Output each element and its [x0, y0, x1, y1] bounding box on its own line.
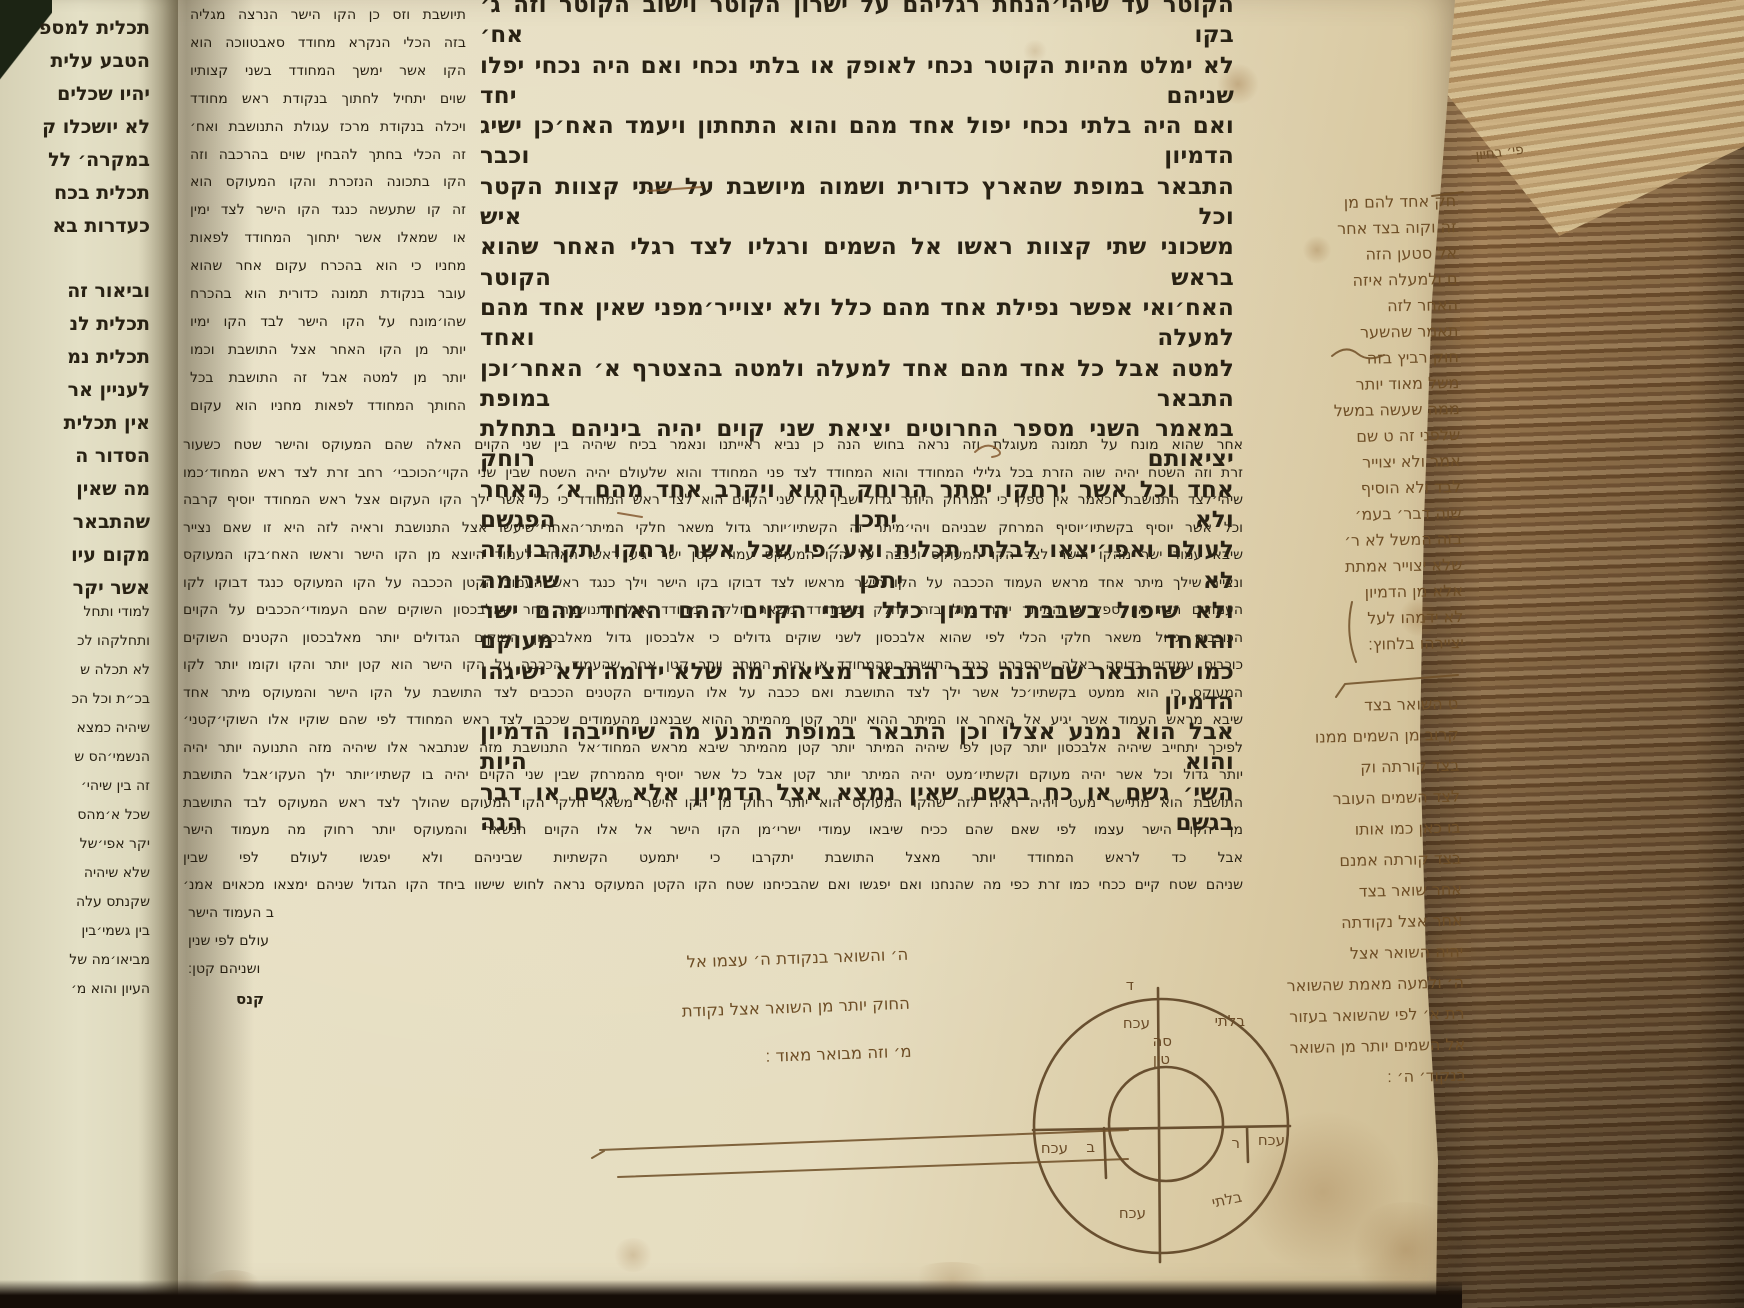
text-line: מקום עיו	[0, 539, 150, 572]
text-line: שלא שיהיה	[0, 859, 150, 888]
commentary-line: זה קו שתעשה כנגד הקו הישר לצד ימין	[190, 197, 466, 225]
commentary-line: וכל אשר יוסיף בקשתיו׳יוסיף המרחק שבניהם …	[183, 515, 1243, 543]
left-page-square-text-2: וביאור זהתכלית לנתכלית נמלעניין אראין תכ…	[0, 275, 150, 605]
diagram-inner-circle	[1109, 1067, 1223, 1181]
text-line: העיון והוא מ׳	[0, 975, 150, 1004]
commentary-line: שיבא עמוד ישר מהקו הישר לצד הקו המעוקס ו…	[183, 542, 1243, 570]
text-line: שקנתס עלה	[0, 888, 150, 917]
manuscript-photo: תכלית למספהטבע עליתיהיו שכליםלא יושכלו ק…	[0, 0, 1744, 1308]
margin-note-line: לצד השמים העובר	[1228, 781, 1461, 817]
margin-note-upper-block: חק אחד להם מןזה וקוה בצד אחראל סטען הזהם…	[1228, 188, 1464, 660]
main-text-line: לא ימלט מהיות הקוטר נכחי לאופק או בלתי נ…	[480, 51, 1234, 112]
margin-note-line: שלפני זה ט שם	[1232, 422, 1460, 452]
text-line: למודי ותחל	[0, 598, 150, 627]
handwritten-note-beside-diagram: ה׳ והשואר בנקודת ה׳ עצמו אלהחוק יותר מן …	[606, 931, 913, 1087]
margin-note-line: בו כאן כמו אותו	[1228, 812, 1461, 848]
margin-note-line: בצד קורתה וק	[1227, 750, 1460, 786]
taper-line: עולם לפי שנין	[188, 927, 322, 955]
commentary-line: התושבת הוא מתיישר מעט ויהיה ראיה לזה שהק…	[183, 790, 1243, 818]
commentary-line: ונצייר שילך מיתר אחד מראש העמוד הככבה על…	[183, 570, 1243, 598]
diagram-label-center-1: סה	[1152, 1032, 1172, 1050]
margin-note-line: חוק רביץ בזה	[1231, 344, 1459, 374]
margin-note-line: קרוב מן השמים ממנו	[1226, 719, 1459, 755]
commentary-line: שיהי׳לצד התנושבת וכאמר אין ספק כי המרחק …	[183, 487, 1243, 515]
commentary-line: לפיכך יתחייב שיהיה אלבכסון יותר קטן לפי …	[183, 735, 1243, 763]
left-page-commentary-text: למודי ותחלותחלקהו לכלא תכלה שבכ״ת וכל הכ…	[0, 598, 150, 1004]
commentary-line: אחר שהוא מונח על תמונה מעוגלת וזה נראה ב…	[183, 432, 1243, 460]
diagram-label-top: עכח	[1123, 1014, 1150, 1032]
diagram-label-top-right: בלתי	[1215, 1012, 1246, 1030]
text-line: לעניין אר	[0, 374, 150, 407]
margin-note-line: שוה דבר׳ בעמ׳	[1233, 500, 1461, 530]
diagram-label-center-2: טין	[1153, 1050, 1170, 1068]
commentary-line: מן הקו הישר עצמו לפי שאם שהם ככיח שיבאו …	[183, 817, 1243, 845]
margin-note-line: שלא יצוייר אמתת	[1234, 552, 1462, 582]
text-line: הנשמי׳הס ש	[0, 743, 150, 772]
diagram-right-tick	[1247, 1127, 1248, 1162]
diagram-left-tick	[1104, 1128, 1106, 1178]
margin-note-line: אמר ולא יצוייר	[1232, 448, 1460, 478]
text-line: יקר אפי׳של	[0, 830, 150, 859]
diagram-label-right-letter: ר	[1232, 1134, 1240, 1152]
diagram-label-left-letter: ב	[1086, 1138, 1095, 1156]
commentary-line: זרת וזה השטח יהיה שוה הזרת בכל גלילי המח…	[183, 460, 1243, 488]
text-line: שכל א׳מהס	[0, 801, 150, 830]
main-text-line: למטה אבל כל אחד מהם אחד למעלה ולמטה בהצט…	[480, 354, 1234, 415]
main-text-line: האח׳ואי אפשר נפילת אחד מהם כלל ולא יצויי…	[480, 293, 1234, 354]
commentary-line: שיבא מראש העמוד אשר יגיע אל האחר או המית…	[183, 707, 1243, 735]
commentary-line: תיושבת וזס כן הקו הישר הנרצה מגליה	[190, 2, 466, 30]
margin-note-line: לבד ולא הוסיף	[1233, 474, 1461, 504]
commentary-line: כוכבים עמודים כדוחה באלה שהסברנו כנגד הת…	[183, 652, 1243, 680]
diagram-vertical-diameter	[1158, 988, 1160, 1262]
main-text-line: משכוני שתי קצוות ראשו אל השמים ורגליו לצ…	[480, 232, 1234, 293]
text-line: ותחלקהו לכ	[0, 627, 150, 656]
commentary-line: מחניו כי הוא בהכרח עקום אחר שהוא	[190, 253, 466, 281]
commentary-line: הקו בתכונה הנזכרת והקו המעוקס הוא	[190, 169, 466, 197]
text-line: אין תכלית	[0, 407, 150, 440]
margin-note-line: תאמר שהשער	[1230, 318, 1458, 348]
text-line: שיהיה כמצא	[0, 714, 150, 743]
commentary-line: שניהם שטח קיים ככחי כמו זרת כפי מה שהנחנ…	[183, 872, 1243, 900]
left-page-square-text: תכלית למספהטבע עליתיהיו שכליםלא יושכלו ק…	[0, 12, 150, 243]
text-line: שהתבאר	[0, 506, 150, 539]
diagram-label-left: עכח	[1041, 1139, 1068, 1157]
text-line: בין גשמי׳בין	[0, 917, 150, 946]
diagram-horizontal-diameter	[1033, 1126, 1290, 1130]
diagram-label-top-letter: ד	[1126, 976, 1134, 994]
text-line: הטבע עלית	[0, 45, 150, 78]
margin-note-line: לא ידמהו לעל	[1235, 604, 1463, 634]
commentary-line: יותר גדול וכל אשר יהיה מעוקם וקשתיו׳מעט …	[183, 762, 1243, 790]
diagram-label-right: עכח	[1258, 1131, 1285, 1149]
taper-line: ושניהם קטן׃	[188, 955, 322, 983]
commentary-line: העמודים הנה אין ספק כי המיתר יותר גדול ב…	[183, 597, 1243, 625]
text-line: תכלית לנ	[0, 308, 150, 341]
text-line: יהיו שכלים	[0, 78, 150, 111]
commentary-taper-ending: ב העמוד הישרעולם לפי שניןושניהם קטן׃	[188, 899, 322, 983]
text-line: מביאו׳מה של	[0, 946, 150, 975]
text-line: וביאור זה	[0, 275, 150, 308]
circle-diagram: ד עכח בלתי סה טין עכח ב ר עכח עכח בלתי	[1000, 960, 1344, 1292]
margin-note-line: חק אחד להם מן	[1228, 188, 1456, 218]
commentary-line: שוים יתחיל לחתוך בנקודת ראש מחודד	[190, 86, 466, 114]
margin-note-line: בצד קורתה אמנם	[1229, 843, 1462, 879]
margin-note-line: ם ולמעלה איזה	[1229, 266, 1457, 296]
text-line: זה בין שיהי׳	[0, 772, 150, 801]
margin-note-line: אל סטען הזה	[1229, 240, 1457, 270]
bottom-shadow	[0, 1280, 1462, 1308]
text-line: הסדור ה	[0, 440, 150, 473]
commentary-line: זה הכלי בחתך להבחין שוים בהרכבה וזה	[190, 142, 466, 170]
commentary-line: ויכלה בנקודת מרכז עגולת התנושבת ואח׳	[190, 114, 466, 142]
commentary-line: בזה הכלי הנקרא מחודד סאבטווכה הוא	[190, 30, 466, 58]
commentary-line: יותר מן הקו האחר אצל התושבת וכמו	[190, 337, 466, 365]
text-line: תכלית בכח	[0, 177, 150, 210]
commentary-line: החותך המחודד לפאות מחניו הוא עקום	[190, 393, 466, 421]
text-line: לא תכלה ש	[0, 656, 150, 685]
margin-note-line: זה וקוה בצד אחר	[1228, 214, 1456, 244]
margin-note-line: משל מאוד יותר	[1231, 370, 1459, 400]
commentary-line: הכוכבים גדול משאר חלקי הכלי לפי שהוא אלב…	[183, 625, 1243, 653]
commentary-lower-block: אחר שהוא מונח על תמונה מעוגלת וזה נראה ב…	[183, 432, 1243, 900]
commentary-line: עובר בנקודת תמונה כדורית הוא בהכרח	[190, 281, 466, 309]
margin-note-line: יציירהו בלחוץ׃	[1236, 630, 1464, 660]
main-text-line: ואם היה בלתי נכחי יפול אחד מהם והוא התחת…	[480, 111, 1234, 172]
commentary-line: המעוקס כי הוא ממעט בקשתיו׳כל אשר ילך לצד…	[183, 680, 1243, 708]
text-line: בכ״ת וכל הכ	[0, 685, 150, 714]
text-line: תכלית למספ	[0, 12, 150, 45]
diagram-label-bottom: עכח	[1119, 1204, 1146, 1222]
margin-note-line: האחר לזה	[1230, 292, 1458, 322]
commentary-left-column: תיושבת וזס כן הקו הישר הנרצה מגליהבזה הכ…	[190, 2, 466, 421]
catchword: קנס	[236, 990, 264, 1008]
taper-line: ב העמוד הישר	[188, 899, 322, 927]
commentary-line: או שמאלו אשר יתחוך המחודד לפאות	[190, 225, 466, 253]
text-line: לא יושכלו ק	[0, 111, 150, 144]
commentary-line: שהו׳מונח על הקו הישר לבד הקו ימיו	[190, 309, 466, 337]
text-line: מה שאין	[0, 473, 150, 506]
main-text-line: התבאר במופת שהארץ כדורית ושמוה מיושבת על…	[480, 172, 1234, 233]
margin-note-line: בזה המשל לא ר׳	[1234, 526, 1462, 556]
commentary-line: אבל כד לראש המחודד יותר מאצל התושבת יתקר…	[183, 845, 1243, 873]
commentary-line: הקו אשר ימשך המחודד בשני קצותיו	[190, 58, 466, 86]
margin-note-line: אחר אצל נקודתה	[1230, 905, 1463, 941]
margin-note-line: אלא מן הדמיון	[1235, 578, 1463, 608]
commentary-line: יותר מן למטה אבל זה התושבת בכל	[190, 365, 466, 393]
margin-note-line: ממה שעשה במשל	[1232, 396, 1460, 426]
margin-note-line: אחר שואר בצד	[1230, 874, 1463, 910]
diagram-label-bottom-right: בלתי	[1210, 1188, 1244, 1212]
text-line: תכלית נמ	[0, 341, 150, 374]
main-text-line: הקוטר עד שיהי׳הנחת רגליהם על ישרון הקוטר…	[480, 0, 1234, 51]
text-line: כעדרות בא	[0, 210, 150, 243]
margin-note-line: ט השואר בצד	[1226, 688, 1459, 724]
text-line: במקרה׳ לל	[0, 144, 150, 177]
